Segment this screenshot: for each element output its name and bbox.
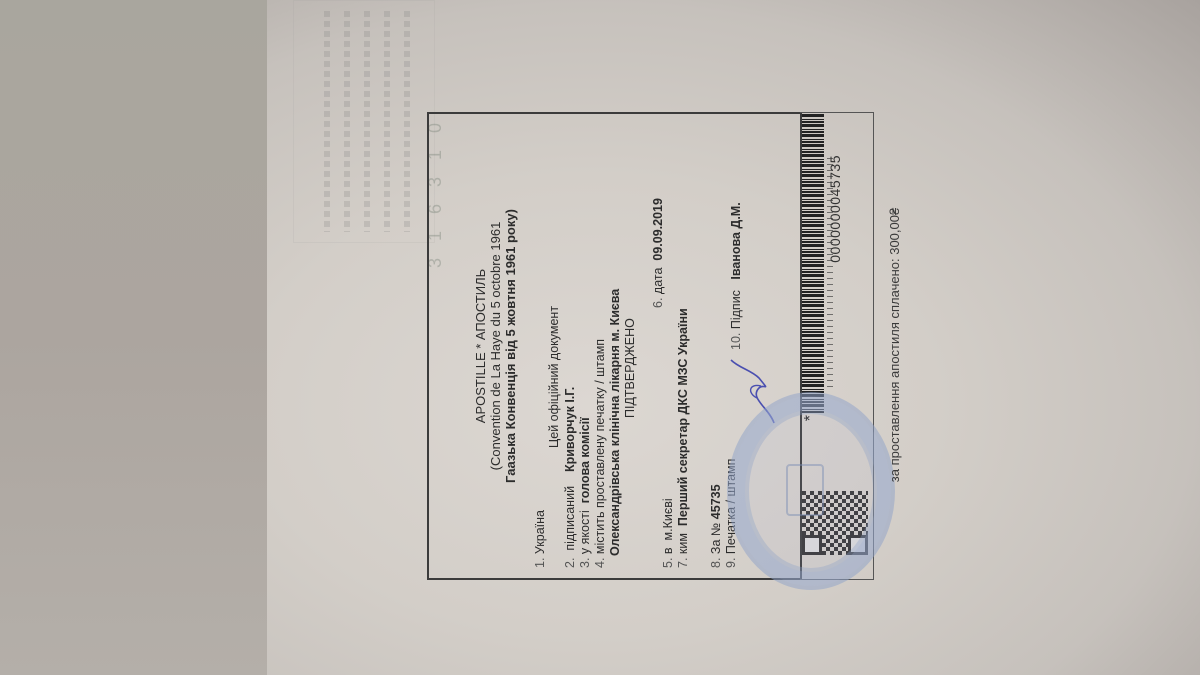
barcode-number: 0000000045735 xyxy=(827,155,843,263)
apostille-rotated: APOSTILLE * АПОСТИЛЬ (Convention de La H… xyxy=(427,110,967,580)
authority: Перший секретар ДКС МЗС України xyxy=(676,308,690,526)
field-7: 7. ким Перший секретар ДКС МЗС України xyxy=(676,308,690,568)
field-5: 5. в м.Києві xyxy=(661,498,675,568)
official-seal xyxy=(727,392,895,590)
field-10: 10. Підпис Іванова Д.М. xyxy=(729,202,743,350)
apostille-number: 45735 xyxy=(709,484,723,519)
field-3: 3. у якості голова комісії xyxy=(578,417,592,568)
certified-heading: ПІДТВЕРДЖЕНО xyxy=(623,318,637,418)
intro-text: Цей офіційний документ xyxy=(547,306,561,448)
field-8: 8. За № 45735 xyxy=(709,484,723,568)
payment-note: за проставлення апостиля сплачено: 300,0… xyxy=(887,110,902,580)
title-convention-ua: Гаазька Конвенція від 5 жовтня 1961 року… xyxy=(503,114,518,578)
field-6: 6. дата 09.09.2019 xyxy=(651,198,665,308)
faint-stamp-show-through xyxy=(293,0,435,243)
field-4: 4. містить проставлену печатку / штамп xyxy=(593,339,607,568)
title-convention-fr: (Convention de La Haye du 5 octobre 1961 xyxy=(488,114,503,578)
signer-name: Криворчук І.Г. xyxy=(563,387,577,472)
signer-capacity: голова комісії xyxy=(578,417,592,503)
apostille-title: APOSTILLE * АПОСТИЛЬ (Convention de La H… xyxy=(473,114,518,578)
barcode xyxy=(802,113,824,413)
table-surface xyxy=(0,0,267,675)
title-apostille: APOSTILLE * АПОСТИЛЬ xyxy=(473,114,488,578)
signatory-name: Іванова Д.М. xyxy=(729,202,743,279)
date: 09.09.2019 xyxy=(651,198,665,261)
place: м.Києві xyxy=(661,498,675,540)
field-1: 1. Україна xyxy=(533,510,547,568)
coat-of-arms-icon xyxy=(786,464,824,516)
field-2: 2. підписаний Криворчук І.Г. xyxy=(563,387,577,568)
seal-owner: Олександрівська клінічна лікарня м. Києв… xyxy=(608,289,622,556)
